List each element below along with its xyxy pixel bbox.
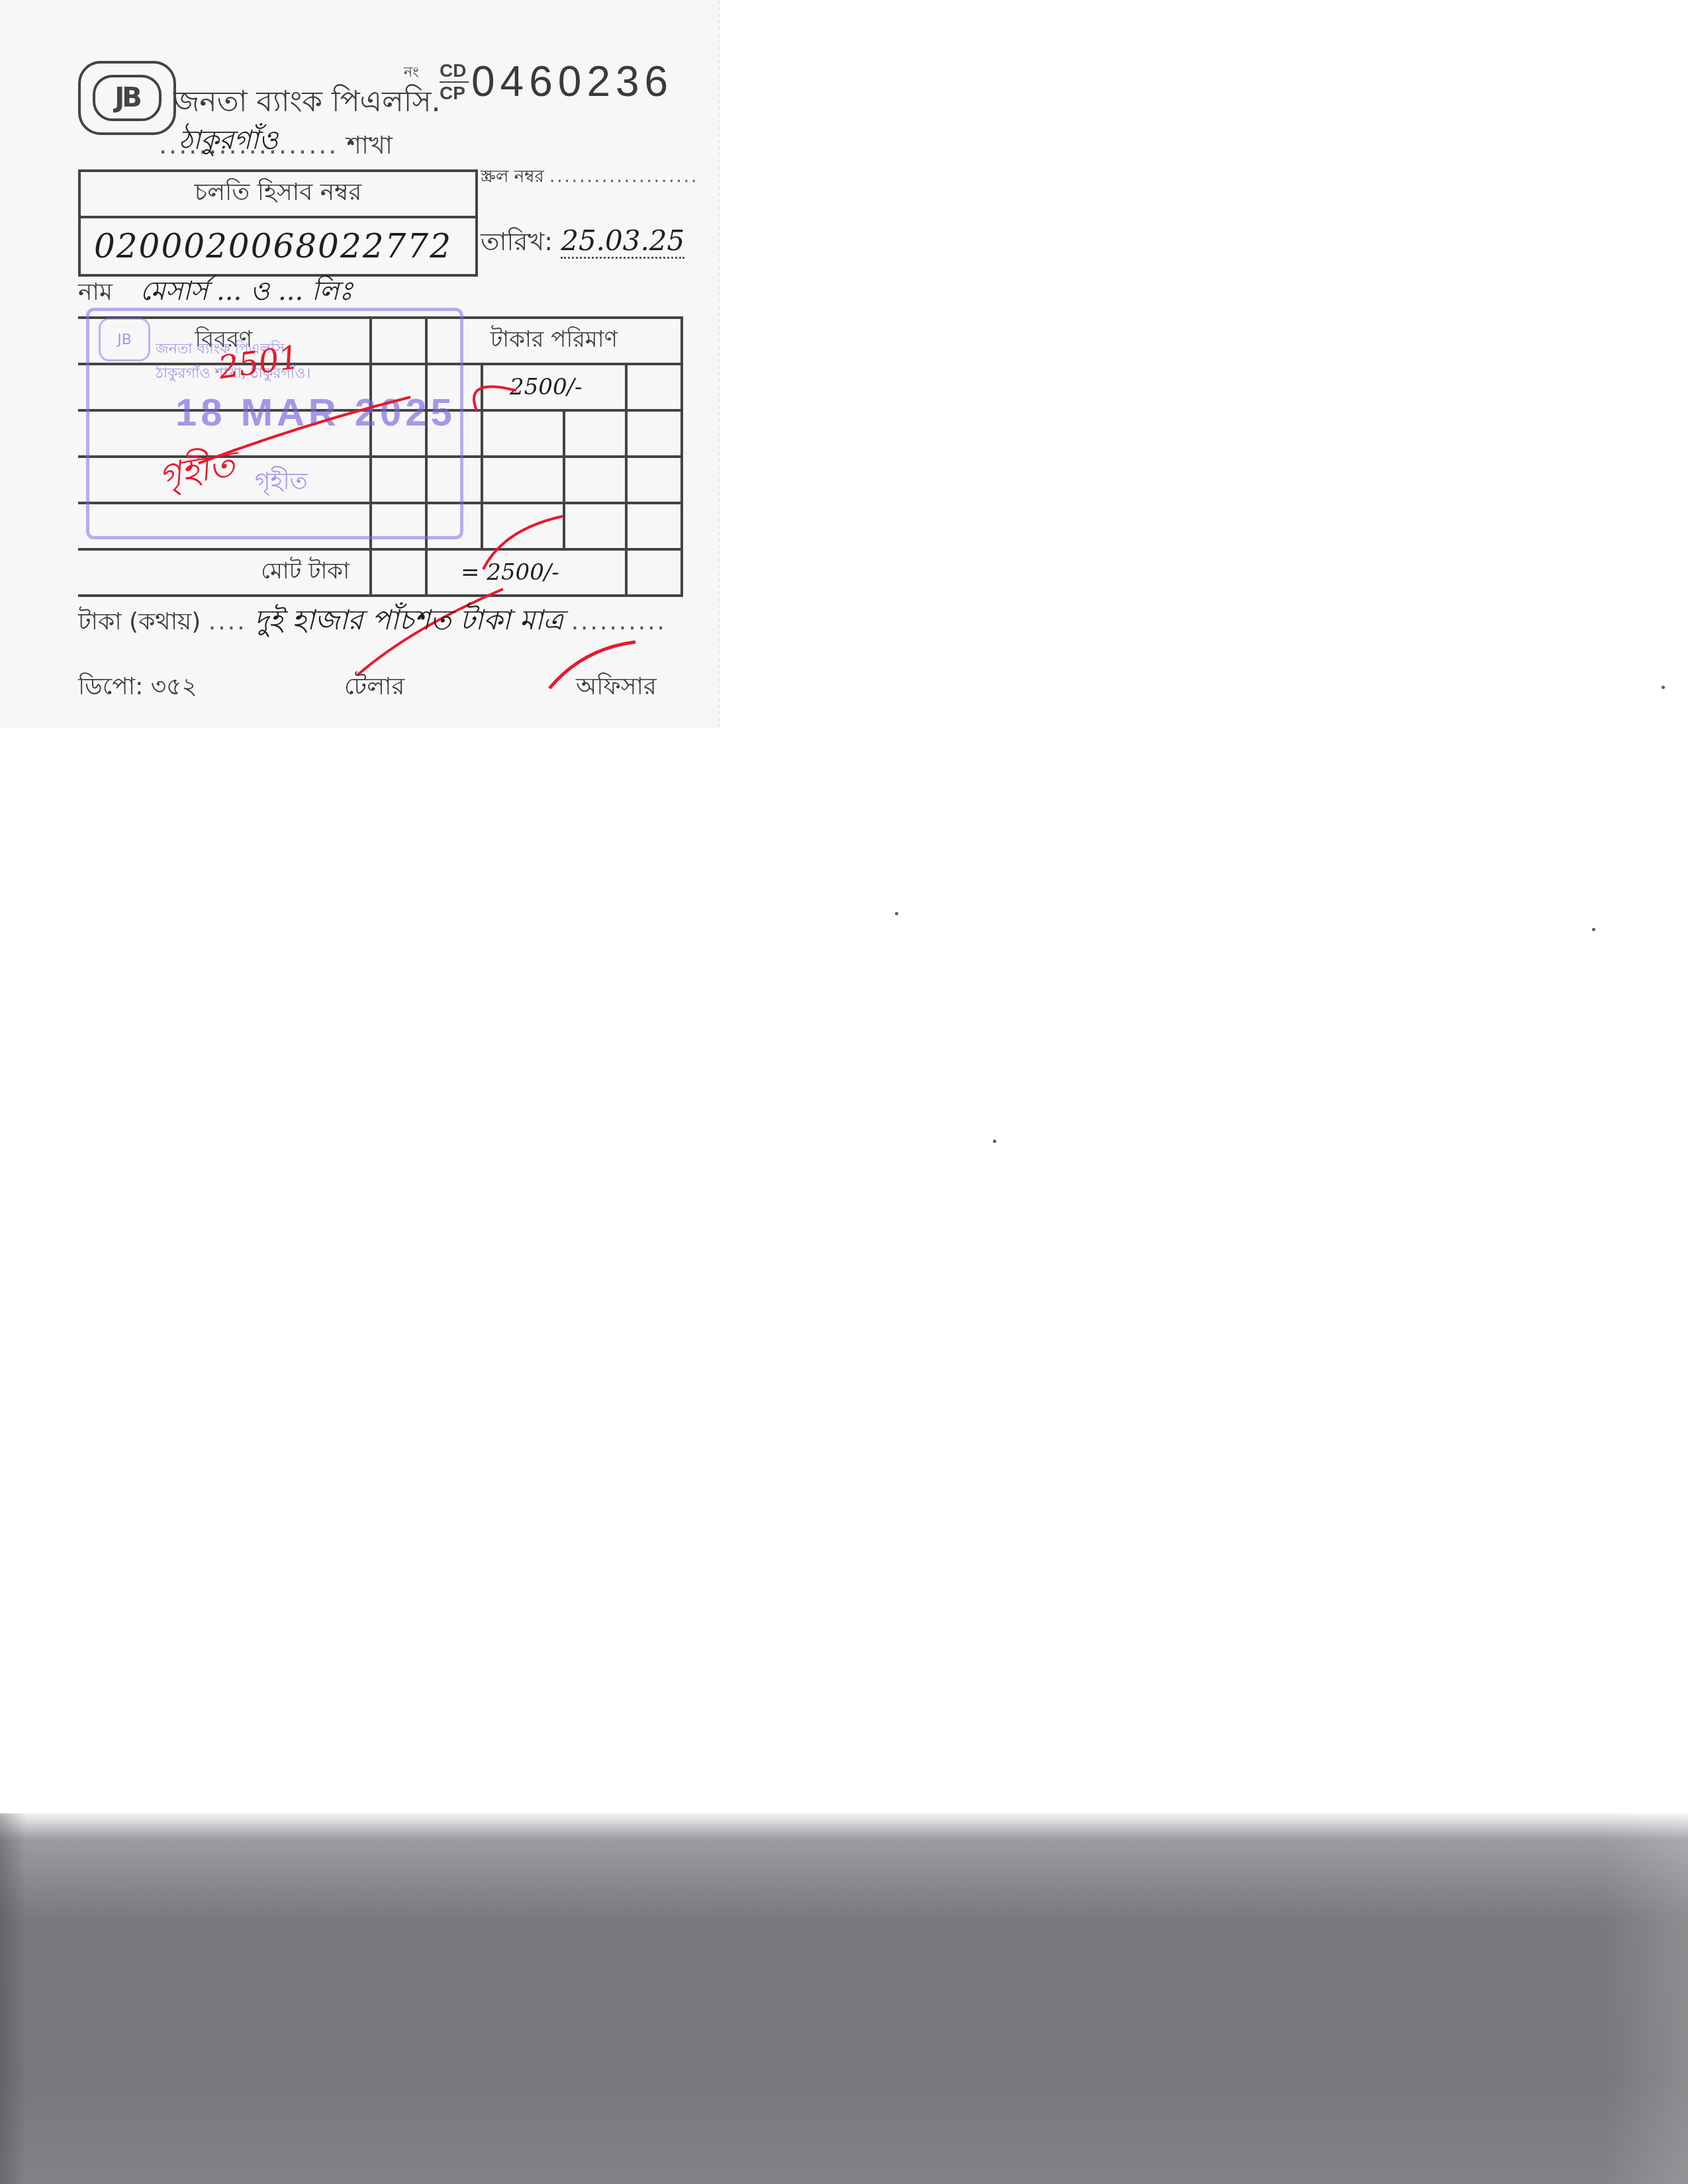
scan-speck bbox=[1662, 686, 1665, 689]
teller-label: টেলার bbox=[344, 668, 404, 708]
officer-label: অফিসার bbox=[576, 668, 657, 708]
scan-speck bbox=[1592, 928, 1595, 931]
amount-in-words-row: টাকা (কথায়) .... দুই হাজার পাঁচশত টাকা … bbox=[78, 598, 667, 645]
amount-words-dots: .... bbox=[209, 608, 247, 635]
amount-words-label: টাকা (কথায়) bbox=[78, 608, 201, 635]
depo-label: ডিপো: ৩৫২ bbox=[78, 668, 197, 708]
amount-words-dots-end: .......... bbox=[571, 608, 667, 635]
scan-speck bbox=[993, 1140, 996, 1143]
scan-speck bbox=[895, 912, 898, 915]
scanner-shadow bbox=[0, 1813, 1688, 2184]
deposit-slip: JB জনতা ব্যাংক পিএলসি. নং CD CP 0460236 … bbox=[0, 0, 720, 728]
amount-words-value: দুই হাজার পাঁচশত টাকা মাত্র bbox=[254, 604, 563, 636]
